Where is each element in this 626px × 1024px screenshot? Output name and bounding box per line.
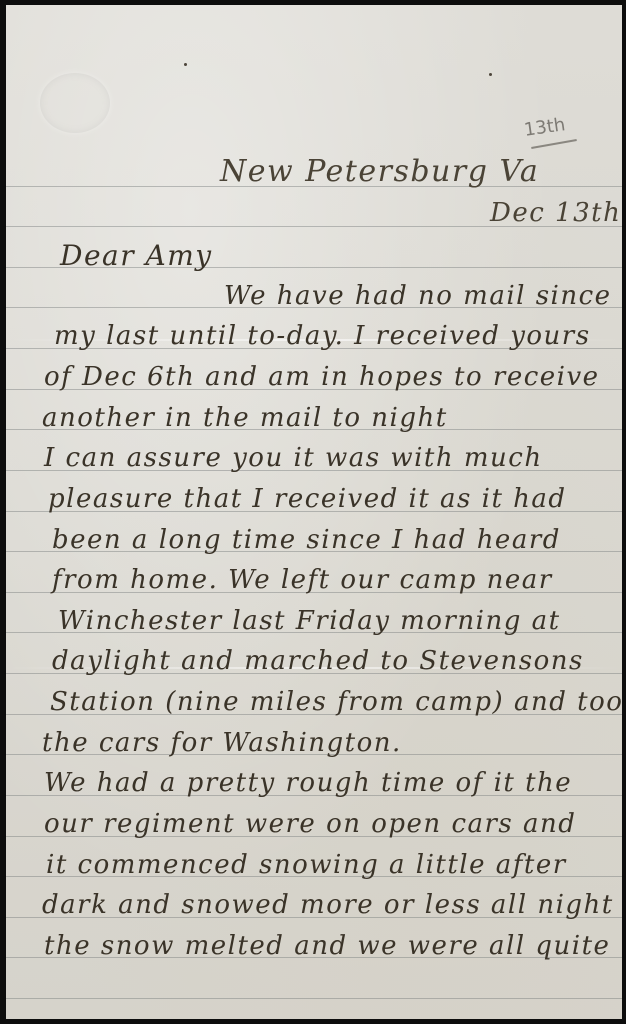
letter-line: I can assure you it was with much bbox=[44, 445, 543, 471]
ink-spot bbox=[489, 73, 492, 76]
letter-line: the cars for Washington. bbox=[42, 730, 402, 756]
letter-line: pleasure that I received it as it had bbox=[48, 486, 567, 512]
letter-salutation: Dear Amy bbox=[60, 242, 213, 270]
ruled-line bbox=[6, 998, 622, 999]
archive-note-underline bbox=[531, 139, 577, 149]
letter-line: Winchester last Friday morning at bbox=[58, 608, 561, 634]
ink-spot bbox=[184, 63, 187, 66]
letter-line: the snow melted and we were all quite bbox=[44, 933, 610, 959]
letter-line: been a long time since I had heard bbox=[52, 527, 561, 553]
letter-line: of Dec 6th and am in hopes to receive bbox=[44, 364, 600, 390]
letter-line: We have had no mail since bbox=[224, 283, 612, 309]
letter-line: our regiment were on open cars and bbox=[44, 811, 576, 837]
letter-line: Station (nine miles from camp) and took bbox=[50, 689, 622, 715]
letter-line: dark and snowed more or less all night bbox=[42, 892, 614, 918]
letter-place: New Petersburg Va bbox=[220, 157, 539, 187]
archive-note: 13th bbox=[523, 114, 567, 141]
letter-line: another in the mail to night bbox=[42, 405, 448, 431]
embossed-stamp bbox=[40, 73, 110, 133]
letter-line: my last until to-day. I received yours bbox=[54, 323, 591, 349]
letter-line: We had a pretty rough time of it the bbox=[44, 770, 572, 796]
letter-date: Dec 13th bbox=[490, 200, 621, 226]
letter-line: from home. We left our camp near bbox=[52, 567, 553, 593]
letter-line: daylight and marched to Stevensons bbox=[52, 648, 584, 674]
letter-page: 13th New Petersburg Va Dec 13th Dear Amy… bbox=[6, 5, 622, 1019]
letter-line: it commenced snowing a little after bbox=[46, 852, 567, 878]
